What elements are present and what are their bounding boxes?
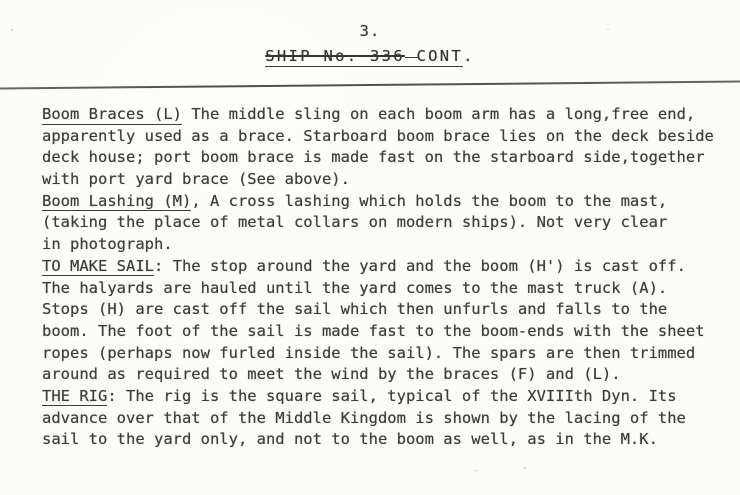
- underlined-heading: Boom Braces (L): [42, 105, 182, 125]
- document-title: SHIP No. 336 CONT.: [0, 47, 740, 65]
- line-text: : The stop around the yard and the boom …: [154, 257, 686, 275]
- scan-speck: [524, 467, 526, 469]
- line-text: deck house; port boom brace is made fast…: [42, 148, 705, 166]
- underlined-heading: Boom Lashing (M): [42, 192, 191, 212]
- page-number: 3.: [0, 22, 740, 40]
- scan-speck: [437, 56, 439, 58]
- line-text: boom. The foot of the sail is made fast …: [42, 322, 705, 340]
- text-line: Boom Braces (L) The middle sling on each…: [42, 104, 722, 126]
- line-text: : The rig is the square sail, typical of…: [107, 387, 676, 405]
- scan-speck: [59, 402, 61, 404]
- line-text: The halyards are hauled until the yard c…: [42, 279, 667, 297]
- line-text: with port yard brace (See above).: [42, 170, 350, 188]
- text-line: Boom Lashing (M), A cross lashing which …: [42, 191, 722, 213]
- line-text: The middle sling on each boom arm has a …: [182, 105, 695, 123]
- text-line: ropes (perhaps now furled inside the sai…: [42, 343, 722, 365]
- text-line: around as required to meet the wind by t…: [42, 364, 722, 386]
- text-line: in photograph.: [42, 234, 722, 256]
- line-text: Stops (H) are cast off the sail which th…: [42, 300, 667, 318]
- text-line: boom. The foot of the sail is made fast …: [42, 321, 722, 343]
- text-line: Stops (H) are cast off the sail which th…: [42, 299, 722, 321]
- text-line: (taking the place of metal collars on mo…: [42, 212, 722, 234]
- text-line: TO MAKE SAIL: The stop around the yard a…: [42, 256, 722, 278]
- scan-speck: [11, 29, 13, 31]
- line-text: sail to the yard only, and not to the bo…: [42, 430, 658, 448]
- text-line: deck house; port boom brace is made fast…: [42, 147, 722, 169]
- line-text: advance over that of the Middle Kingdom …: [42, 409, 686, 427]
- line-text: in photograph.: [42, 235, 173, 253]
- text-line: The halyards are hauled until the yard c…: [42, 278, 722, 300]
- horizontal-rule: [0, 80, 740, 89]
- line-text: apparently used as a brace. Starboard bo…: [42, 127, 714, 145]
- title-period: .: [463, 47, 475, 65]
- text-line: with port yard brace (See above).: [42, 169, 722, 191]
- body-text: Boom Braces (L) The middle sling on each…: [42, 104, 722, 451]
- scanned-document-page: 3. SHIP No. 336 CONT. Boom Braces (L) Th…: [0, 0, 740, 495]
- line-text: , A cross lashing which holds the boom t…: [191, 192, 667, 210]
- text-line: advance over that of the Middle Kingdom …: [42, 408, 722, 430]
- line-text: ropes (perhaps now furled inside the sai…: [42, 344, 695, 362]
- title-struck-text: SHIP No. 336: [265, 47, 405, 67]
- line-text: around as required to meet the wind by t…: [42, 365, 621, 383]
- text-line: sail to the yard only, and not to the bo…: [42, 429, 722, 451]
- text-line: THE RIG: The rig is the square sail, typ…: [42, 386, 722, 408]
- scan-speck: [474, 470, 477, 471]
- underlined-heading: TO MAKE SAIL: [42, 257, 154, 277]
- line-text: (taking the place of metal collars on mo…: [42, 213, 667, 231]
- scan-speck: [607, 29, 609, 30]
- underlined-heading: THE RIG: [42, 387, 107, 407]
- text-line: apparently used as a brace. Starboard bo…: [42, 126, 722, 148]
